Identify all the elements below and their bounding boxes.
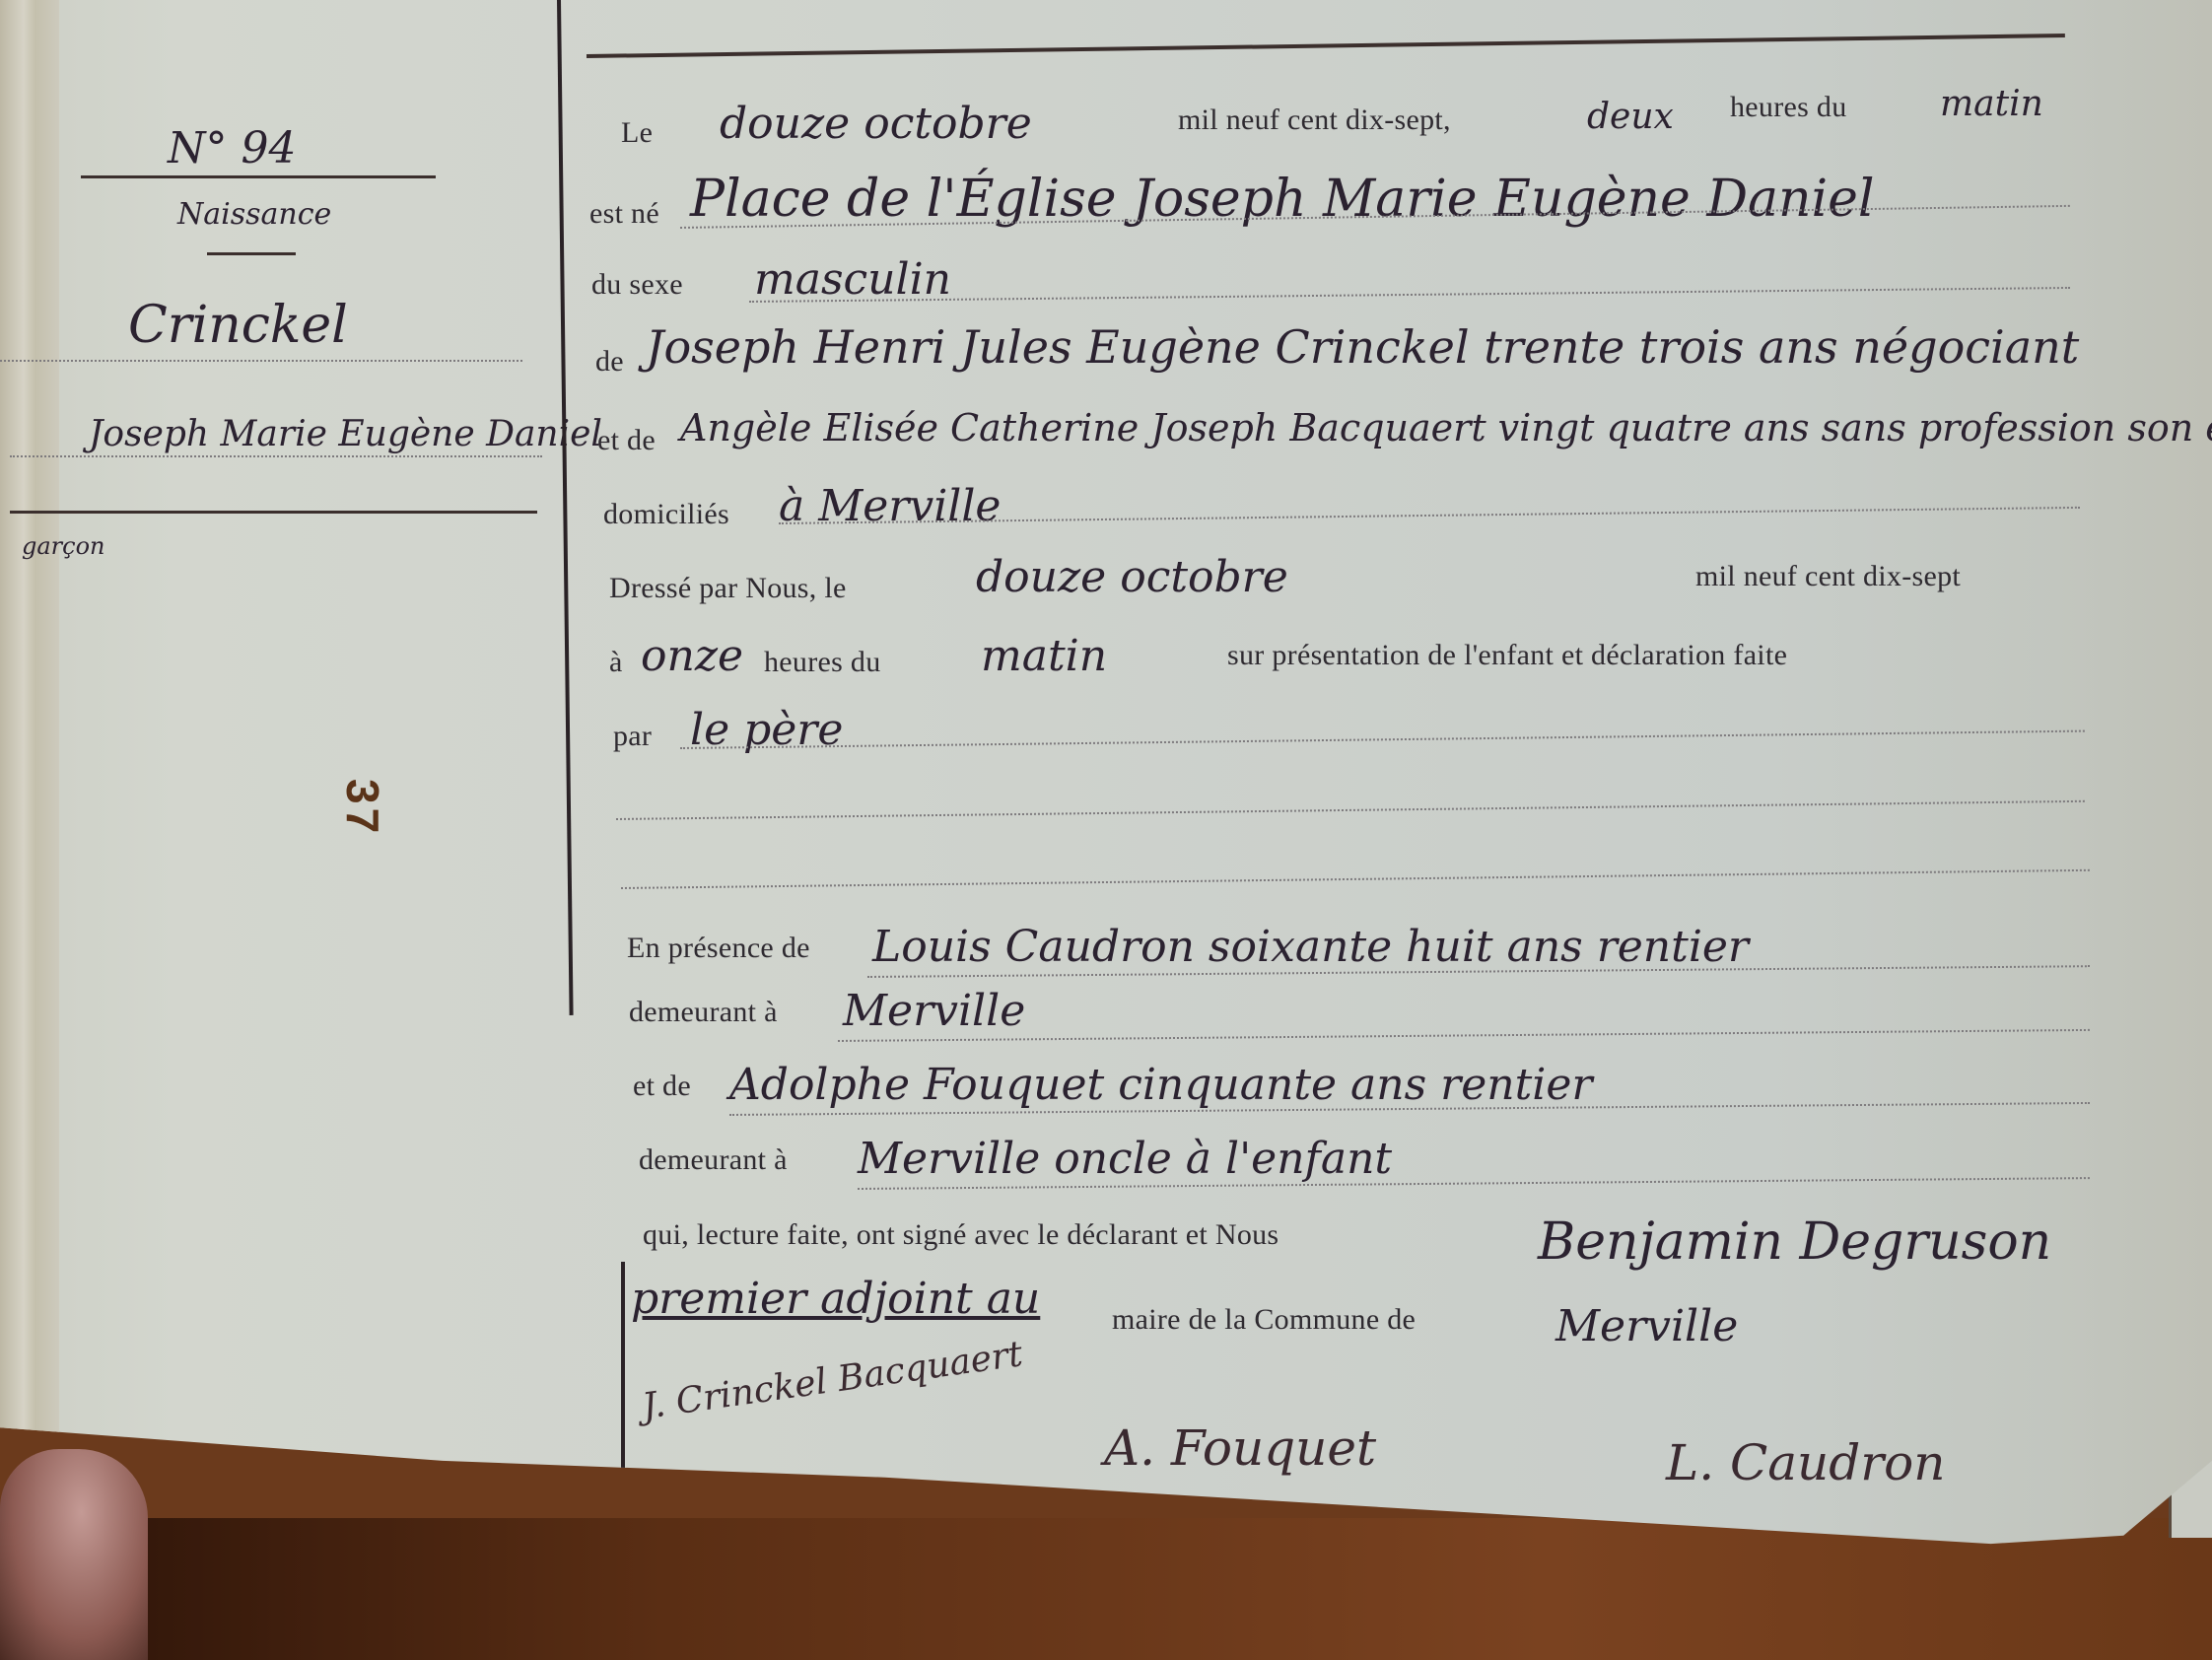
ruled-line xyxy=(616,800,2085,820)
printed-text: qui, lecture faite, ont signé avec le dé… xyxy=(643,1218,1279,1252)
handwritten-witness-1: Louis Caudron soixante huit ans rentier xyxy=(872,922,1749,972)
printed-text: mil neuf cent dix-sept xyxy=(1695,560,1961,593)
ruled-line xyxy=(0,360,522,362)
printed-text: maire de la Commune de xyxy=(1112,1303,1416,1337)
ruled-line xyxy=(10,455,542,457)
signature-witness-fouquet: A. Fouquet xyxy=(1104,1419,1376,1477)
handwritten-period: matin xyxy=(1940,84,2043,124)
handwritten-date-drawn: douze octobre xyxy=(976,552,1288,602)
register-page: N° 94 Naissance Crinckel Joseph Marie Eu… xyxy=(0,0,2212,1660)
handwritten-hour-drawn: onze xyxy=(641,631,743,681)
handwritten-father: Joseph Henri Jules Eugène Crinckel trent… xyxy=(646,320,2079,374)
page-stack-edge xyxy=(0,0,59,1459)
printed-text: par xyxy=(613,720,652,753)
ruled-line xyxy=(680,730,2085,749)
margin-gender-note: garçon xyxy=(22,532,105,560)
handwritten-mother: Angèle Elisée Catherine Joseph Bacquaert… xyxy=(680,406,2212,450)
register-stamp: 37 xyxy=(336,779,389,837)
entry-type: Naissance xyxy=(177,197,331,232)
handwritten-sex: masculin xyxy=(754,254,951,305)
entry-separator xyxy=(587,34,2065,58)
printed-text: est né xyxy=(589,197,659,231)
divider xyxy=(10,511,537,514)
column-rule xyxy=(557,0,574,1015)
printed-text: et de xyxy=(633,1070,691,1103)
printed-text: demeurant à xyxy=(639,1143,788,1177)
divider xyxy=(207,252,296,255)
printed-text: et de xyxy=(597,424,656,457)
handwritten-officer-name: Benjamin Degruson xyxy=(1538,1212,2051,1272)
printed-text: de xyxy=(595,345,624,379)
thumb xyxy=(0,1449,148,1660)
handwritten-period: matin xyxy=(981,631,1107,681)
printed-text: heures du xyxy=(764,646,881,679)
margin-surname: Crinckel xyxy=(128,296,348,355)
printed-text: Le xyxy=(621,116,653,150)
handwritten-witness-1-domicile: Merville xyxy=(843,986,1025,1036)
divider xyxy=(81,175,436,178)
signature-declarant: J. Crinckel Bacquaert xyxy=(640,1334,1025,1427)
printed-text: Dressé par Nous, le xyxy=(609,572,847,605)
signature-witness-caudron: L. Caudron xyxy=(1666,1434,1945,1491)
handwritten-date: douze octobre xyxy=(720,99,1032,149)
column-rule xyxy=(621,1262,625,1498)
handwritten-commune: Merville xyxy=(1555,1301,1738,1351)
printed-text: sur présentation de l'enfant et déclarat… xyxy=(1227,639,1787,672)
handwritten-witness-2: Adolphe Fouquet cinquante ans rentier xyxy=(729,1060,1592,1110)
printed-text: demeurant à xyxy=(629,996,778,1029)
handwritten-hour: deux xyxy=(1587,97,1674,137)
printed-text: du sexe xyxy=(591,268,683,302)
printed-text: à xyxy=(609,646,623,679)
margin-given-names: Joseph Marie Eugène Daniel xyxy=(89,414,602,454)
printed-text: mil neuf cent dix-sept, xyxy=(1178,104,1451,137)
ruled-line xyxy=(621,869,2090,889)
printed-text: heures du xyxy=(1730,91,1847,124)
table-surface xyxy=(0,1518,2212,1660)
handwritten-birthplace-names: Place de l'Église Joseph Marie Eugène Da… xyxy=(690,170,1875,229)
handwritten-officer-title: premier adjoint au xyxy=(631,1274,1040,1324)
printed-text: domiciliés xyxy=(603,498,729,531)
handwritten-witness-2-domicile: Merville oncle à l'enfant xyxy=(858,1134,1392,1184)
ruled-line xyxy=(838,1029,2090,1042)
entry-number: N° 94 xyxy=(168,123,296,173)
printed-text: En présence de xyxy=(627,932,810,965)
